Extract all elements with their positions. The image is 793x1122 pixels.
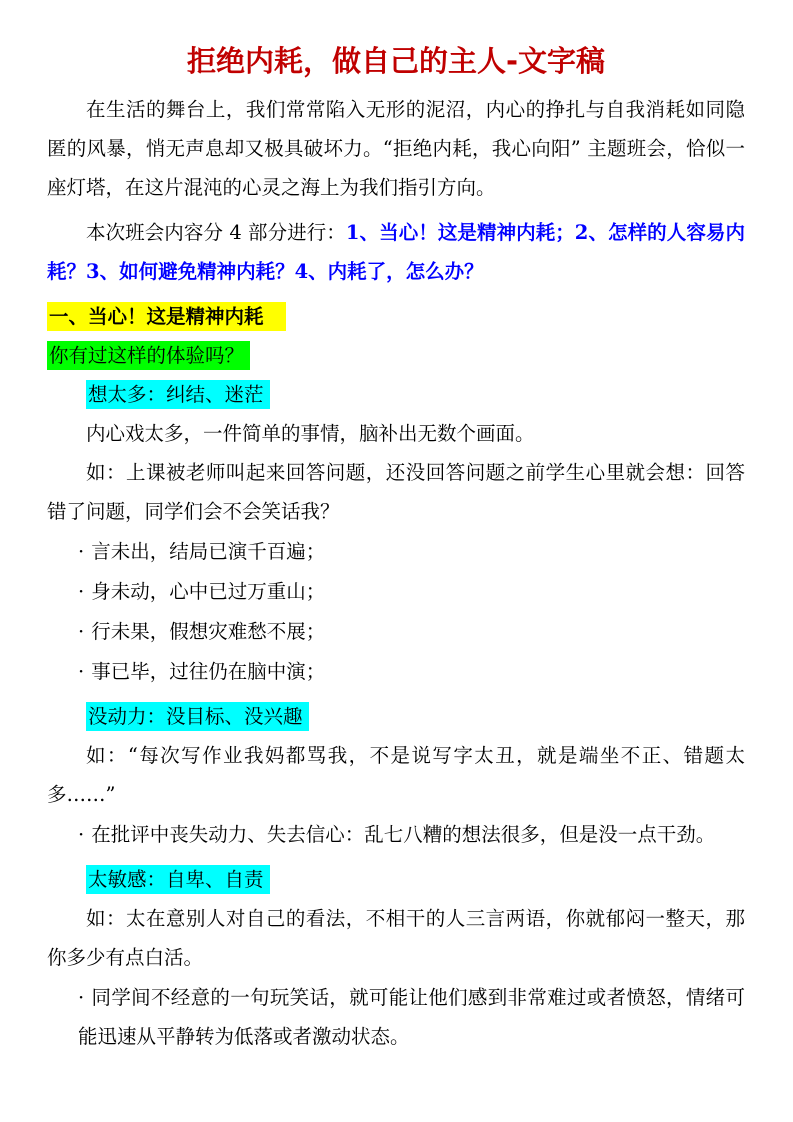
document-page: 拒绝内耗，做自己的主人-文字稿 在生活的舞台上，我们常常陷入无形的泥沼，内心的挣…	[0, 0, 793, 1122]
bullet-item: ·在批评中丧失动力、失去信心：乱七八糟的想法很多，但是没一点干劲。	[47, 815, 745, 854]
bullet-dot: ·	[78, 540, 84, 563]
bullet-dot: ·	[78, 580, 84, 603]
section1-heading-text: 一、当心！这是精神内耗	[47, 302, 286, 331]
sub1-desc: 内心戏太多，一件简单的事情，脑补出无数个画面。	[47, 414, 745, 453]
bullet-item: ·行未果，假想灾难愁不展；	[47, 612, 745, 651]
agenda-lead-text: 本次班会内容分 4 部分进行：	[86, 221, 346, 244]
sub2-label-line: 没动力：没目标、没兴趣	[47, 697, 745, 736]
sub2-example: 如：“每次写作业我妈都骂我，不是说写字太丑，就是端坐不正、错题太多……”	[47, 736, 745, 814]
bullet-dot: ·	[78, 660, 84, 683]
bullet-dot: ·	[78, 986, 84, 1009]
bullet-text: 事已毕，过往仍在脑中演；	[91, 660, 325, 683]
sub3-label-line: 太敏感：自卑、自责	[47, 860, 745, 899]
section1-heading: 一、当心！这是精神内耗	[47, 297, 745, 336]
bullet-text: 身未动，心中已过万重山；	[91, 580, 325, 603]
sub2-label-text: 没动力：没目标、没兴趣	[86, 702, 309, 731]
bullet-text: 言未出，结局已演千百遍；	[91, 540, 325, 563]
question-text: 你有过这样的体验吗？	[47, 341, 250, 370]
bullet-item: ·事已毕，过往仍在脑中演；	[47, 652, 745, 691]
page-title: 拒绝内耗，做自己的主人-文字稿	[47, 40, 745, 82]
bullet-item: ·身未动，心中已过万重山；	[47, 572, 745, 611]
sub3-example: 如：太在意别人对自己的看法，不相干的人三言两语，你就郁闷一整天，那你多少有点白活…	[47, 899, 745, 977]
intro-paragraph: 在生活的舞台上，我们常常陷入无形的泥沼，内心的挣扎与自我消耗如同隐匿的风暴，悄无…	[47, 90, 745, 207]
sub3-label-text: 太敏感：自卑、自责	[86, 865, 270, 894]
question-line: 你有过这样的体验吗？	[47, 336, 745, 375]
bullet-item: ·同学间不经意的一句玩笑话，就可能让他们感到非常难过或者愤怒，情绪可能迅速从平静…	[47, 978, 745, 1056]
bullet-text: 同学间不经意的一句玩笑话，就可能让他们感到非常难过或者愤怒，情绪可能迅速从平静转…	[78, 986, 745, 1048]
sub1-label-text: 想太多：纠结、迷茫	[86, 380, 270, 409]
bullet-dot: ·	[78, 620, 84, 643]
sub1-example: 如：上课被老师叫起来回答问题，还没回答问题之前学生心里就会想：回答错了问题，同学…	[47, 453, 745, 531]
bullet-dot: ·	[78, 823, 84, 846]
bullet-text: 在批评中丧失动力、失去信心：乱七八糟的想法很多，但是没一点干劲。	[91, 823, 715, 846]
bullet-item: ·言未出，结局已演千百遍；	[47, 532, 745, 571]
agenda-paragraph: 本次班会内容分 4 部分进行：1、当心！这是精神内耗；2、怎样的人容易内耗？3、…	[47, 213, 745, 291]
bullet-text: 行未果，假想灾难愁不展；	[91, 620, 325, 643]
sub1-label-line: 想太多：纠结、迷茫	[47, 375, 745, 414]
